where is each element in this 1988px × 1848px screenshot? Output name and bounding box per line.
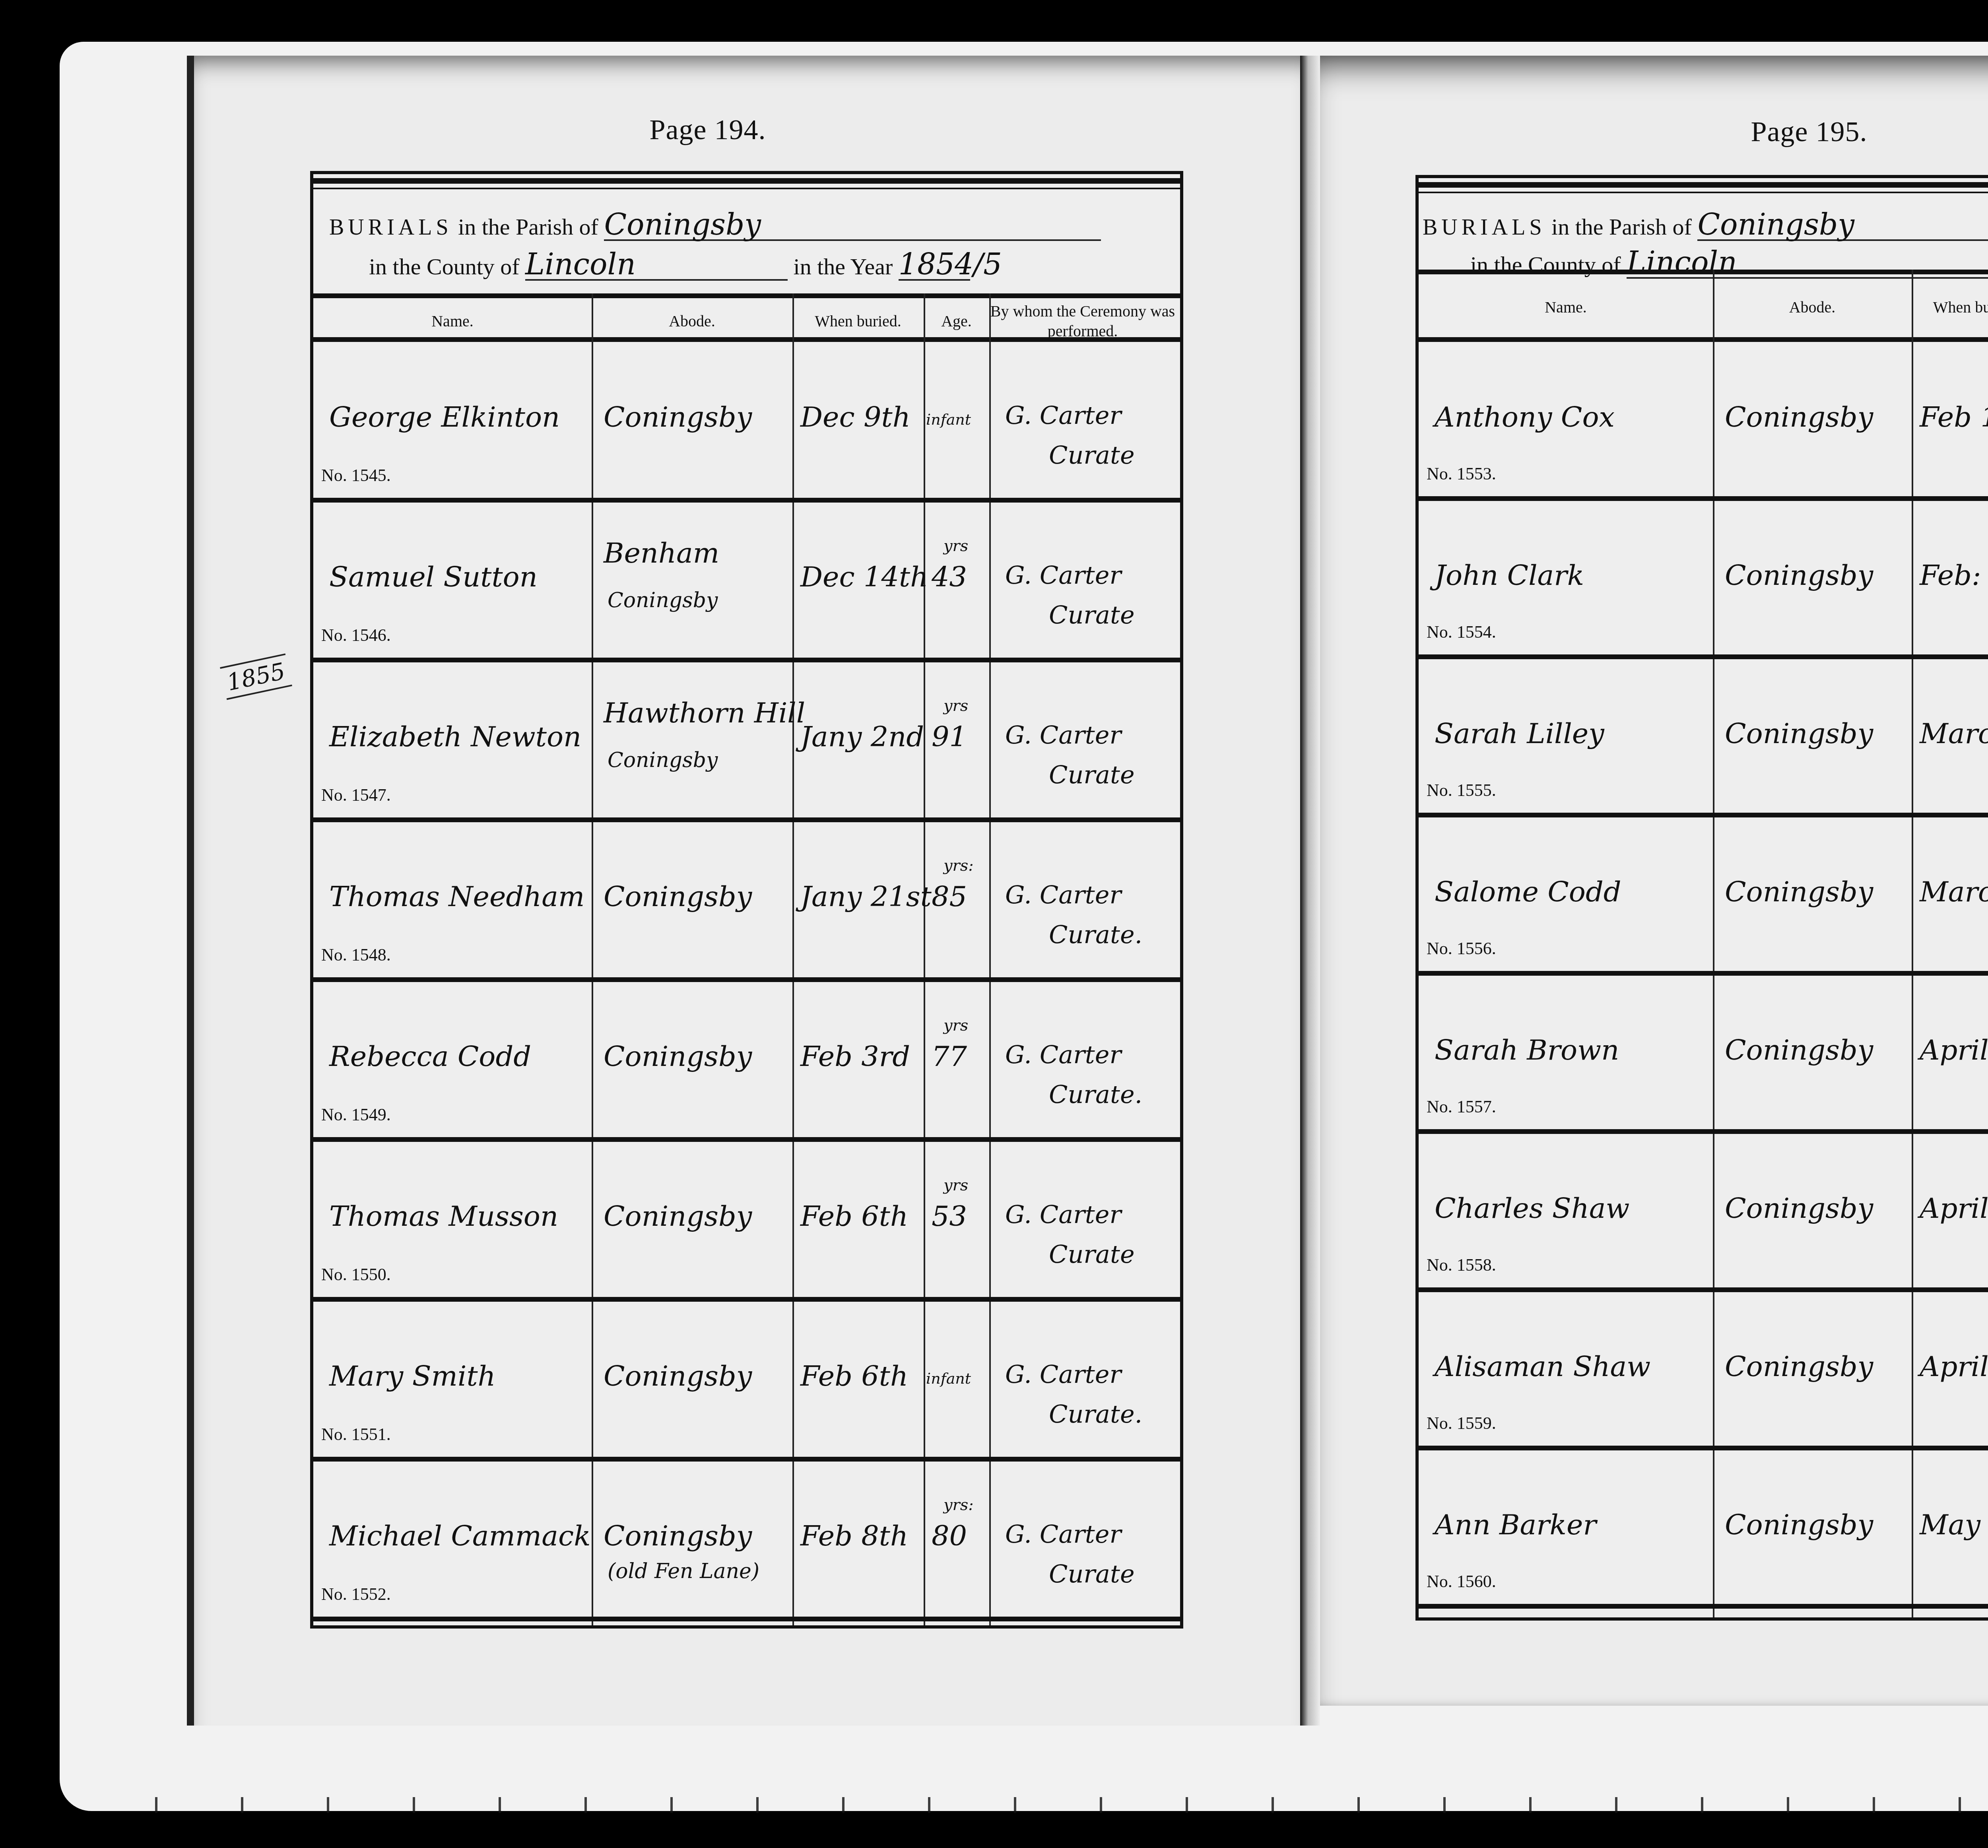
abode: Coningsby [604,1200,752,1233]
entry-number: No. 1553. [1427,464,1496,484]
burial-entry: Ann Barker Coningsby May 3rd yrs 60 G. C… [1419,1449,1988,1607]
age: 43 [932,561,967,593]
burial-date: Dec 9th [800,401,911,433]
row-rule [1419,1604,1988,1609]
abode: Hawthorn Hill [604,697,805,729]
age-unit: yrs: [944,1496,974,1514]
officiant: G. Carter [1005,1200,1121,1229]
deceased-name: Salome Codd [1435,875,1621,908]
age: 80 [932,1520,967,1552]
parish-prefix: in the Parish of [1551,214,1692,240]
burial-date: Feb 12th [1920,401,1988,433]
burial-date: Jany 2nd [800,720,924,753]
deceased-name: Sarah Brown [1435,1034,1619,1066]
abode: Coningsby [1725,1034,1873,1066]
col-when-buried: When buried. [1912,297,1988,317]
burial-entry: Elizabeth Newton Hawthorn Hill Coningsby… [313,661,1180,821]
parish-line: BURIALS in the Parish of Coningsby [313,210,1180,241]
age: 53 [932,1200,967,1233]
deceased-name: John Clark [1435,559,1584,592]
burial-register-right: BURIALS in the Parish of Coningsby in th… [1415,175,1988,1621]
abode: Coningsby [604,1040,752,1073]
officiant: G. Carter [1005,1040,1121,1069]
burial-date: Jany 21st [800,880,932,913]
deceased-name: Charles Shaw [1435,1192,1630,1225]
deceased-name: Rebecca Codd [329,1040,531,1073]
deceased-name: Alisaman Shaw [1435,1350,1650,1383]
county-prefix: in the County of [369,254,520,280]
county-line: in the County of Lincoln in the Year 185… [313,250,1180,281]
entry-number: No. 1546. [321,625,391,645]
burial-entry: Alisaman Shaw Coningsby April 15th yrs: … [1419,1291,1988,1449]
burial-date: Feb 3rd [800,1040,910,1073]
book-gutter [1300,56,1320,1726]
officiant: G. Carter [1005,561,1121,590]
burial-entry: Charles Shaw Coningsby April 4th yrs 10 … [1419,1132,1988,1291]
burial-entry: Salome Codd Coningsby March 13th Infant … [1419,816,1988,974]
entry-number: No. 1549. [321,1105,391,1125]
deceased-name: Samuel Sutton [329,561,538,593]
burial-entry: Sarah Brown Coningsby April 1st yrs: 60 … [1419,974,1988,1132]
deceased-name: Thomas Needham [329,880,584,913]
parish-value: Coningsby [1697,210,1988,241]
age: 91 [932,720,967,753]
entry-number: No. 1558. [1427,1255,1496,1275]
officiant-title: Curate. [1049,1080,1142,1109]
age-unit: yrs [944,697,968,715]
col-abode: Abode. [1713,297,1912,317]
deceased-name: Thomas Musson [329,1200,558,1233]
age: infant [926,1370,971,1387]
burial-date: Feb 6th [800,1200,908,1233]
rule [1419,270,1988,274]
age: infant [926,411,971,428]
officiant-title: Curate [1049,760,1135,789]
entry-number: No. 1554. [1427,622,1496,642]
entry-number: No. 1552. [321,1584,391,1604]
deceased-name: Anthony Cox [1435,401,1615,433]
deceased-name: George Elkinton [329,401,560,433]
burial-entry: Thomas Needham Coningsby Jany 21st yrs: … [313,821,1180,980]
abode: Coningsby [1725,875,1873,908]
age-unit: yrs: [944,856,974,875]
deceased-name: Ann Barker [1435,1508,1596,1541]
col-name: Name. [313,311,592,331]
officiant: G. Carter [1005,1520,1121,1549]
officiant-title: Curate. [1049,920,1142,949]
burial-entry: Michael Cammack Coningsby (old Fen Lane)… [313,1460,1180,1620]
officiant: G. Carter [1005,401,1121,430]
page-number-195: Page 195. [1650,115,1968,148]
burials-heading: BURIALS [1423,215,1546,240]
officiant-title: Curate [1049,1559,1135,1588]
abode: Benham [604,537,719,569]
burial-date: Feb 8th [800,1520,908,1552]
parish-value: Coningsby [604,210,1101,241]
parish-line: BURIALS in the Parish of Coningsby [1419,210,1988,241]
burial-date: May 3rd [1920,1508,1988,1541]
abode: Coningsby [604,1360,752,1392]
col-age: Age. [924,311,989,331]
parish-prefix: in the Parish of [458,214,598,240]
age-unit: yrs [944,1016,968,1035]
entry-number: No. 1560. [1427,1571,1496,1592]
officiant-title: Curate [1049,600,1135,629]
abode: Coningsby [1725,717,1873,750]
abode-detail: Coningsby [608,588,718,612]
col-by-whom: By whom the Ceremony was performed. [989,301,1176,341]
col-name: Name. [1419,297,1713,317]
burial-register-left: BURIALS in the Parish of Coningsby in th… [310,171,1183,1629]
deceased-name: Elizabeth Newton [329,720,581,753]
abode: Coningsby [1725,1508,1873,1541]
burial-entry: George Elkinton Coningsby Dec 9th infant… [313,341,1180,501]
abode: Coningsby [604,880,752,913]
burial-entry: John Clark Coningsby Feb: 15th yrs: 82 G… [1419,499,1988,658]
officiant-title: Curate [1049,441,1135,470]
film-edge-marks [72,1797,1988,1813]
burial-date: April 4th [1920,1192,1988,1225]
abode: Coningsby [1725,1192,1873,1225]
abode-detail: Coningsby [608,748,718,772]
burial-entry: Sarah Lilley Coningsby March 9th yrs 61 … [1419,658,1988,816]
burial-date: Dec 14th [800,561,928,593]
abode: Coningsby [604,401,752,433]
year-prefix: in the Year [794,254,893,280]
burial-entry: Samuel Sutton Benham Coningsby Dec 14th … [313,501,1180,661]
entry-number: No. 1559. [1427,1413,1496,1433]
col-when-buried: When buried. [792,311,924,331]
abode-detail: (old Fen Lane) [608,1559,759,1583]
age: 85 [932,880,967,913]
age-unit: yrs [944,1176,968,1194]
burial-entry: Anthony Cox Coningsby Feb 12th yrs: 83 G… [1419,341,1988,499]
abode: Coningsby [1725,559,1873,592]
entry-number: No. 1551. [321,1424,391,1444]
entry-number: No. 1555. [1427,780,1496,800]
burial-date: March 13th [1920,875,1988,908]
burial-entry: Mary Smith Coningsby Feb 6th infant G. C… [313,1300,1180,1460]
age-unit: yrs [944,537,968,555]
entry-number: No. 1550. [321,1264,391,1285]
burial-date: April 1st [1920,1034,1988,1066]
burial-date: Feb 6th [800,1360,908,1392]
entry-number: No. 1547. [321,785,391,805]
deceased-name: Mary Smith [329,1360,496,1392]
abode: Coningsby [1725,401,1873,433]
burial-entry: Thomas Musson Coningsby Feb 6th yrs 53 G… [313,1140,1180,1300]
deceased-name: Michael Cammack [329,1520,591,1552]
rule [313,293,1180,298]
page-number-194: Page 194. [549,113,867,146]
entry-number: No. 1557. [1427,1097,1496,1117]
entry-number: No. 1556. [1427,938,1496,959]
officiant-title: Curate. [1049,1400,1142,1429]
burial-date: March 9th [1920,717,1988,750]
officiant: G. Carter [1005,880,1121,909]
burials-heading: BURIALS [329,215,452,240]
burial-entry: Rebecca Codd Coningsby Feb 3rd yrs 77 G.… [313,980,1180,1140]
county-value: Lincoln [525,250,788,281]
entry-number: No. 1545. [321,465,391,485]
header-rule [1419,182,1988,193]
abode: Coningsby [604,1520,752,1552]
abode: Coningsby [1725,1350,1873,1383]
officiant-title: Curate [1049,1240,1135,1269]
entry-number: No. 1548. [321,945,391,965]
year-value: 1854/5 [899,250,970,281]
age: 77 [932,1040,967,1073]
col-abode: Abode. [592,311,792,331]
officiant: G. Carter [1005,1360,1121,1389]
header-rule [313,178,1180,189]
row-rule [313,1617,1180,1621]
deceased-name: Sarah Lilley [1435,717,1604,750]
officiant: G. Carter [1005,720,1121,749]
burial-date: April 15th [1920,1350,1988,1383]
burial-date: Feb: 15th [1920,559,1988,592]
